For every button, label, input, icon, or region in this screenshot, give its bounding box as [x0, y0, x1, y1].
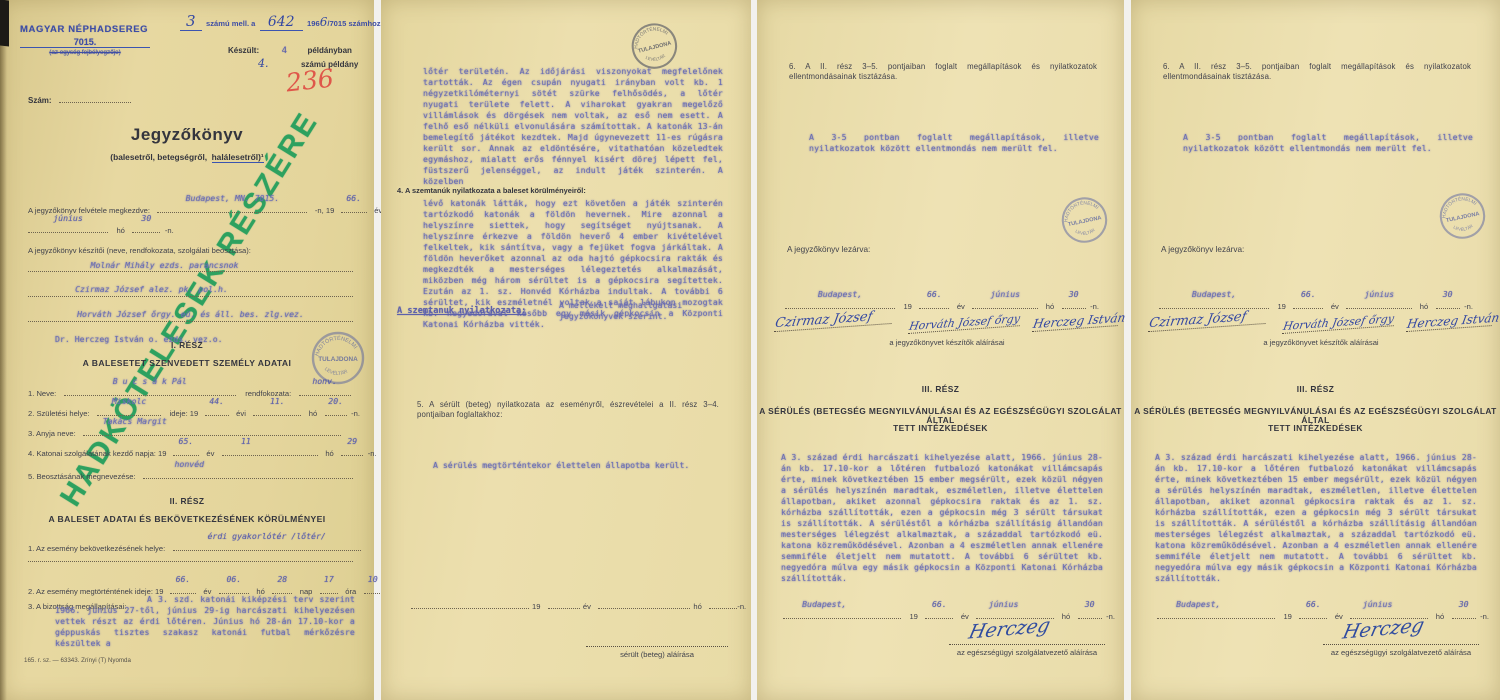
opened-row-2: június hó 30 -n. [28, 220, 174, 238]
p1r3-mother-typed: Takács Margit [103, 416, 167, 427]
close-city-typed: Budapest, [818, 289, 862, 300]
close-19: 19 [903, 302, 911, 311]
medical-date-row: Budapest, 19 66. év június hó 30 -n. [783, 606, 1115, 624]
archive-stamp: HADTÖRTÉNELMI TULAJDONA LEVÉLTÁR [1432, 185, 1495, 252]
close-19: 19 [1277, 302, 1285, 311]
close-n: -n. [1090, 302, 1099, 311]
closed-label: A jegyzőkönyv lezárva: [1161, 245, 1244, 254]
p2r2-year-typed: 66. [176, 574, 191, 585]
p1r4-n: -n. [368, 449, 377, 458]
makers-signature-caption: a jegyzőkönyvet készítők aláírásai [1231, 338, 1411, 347]
p2r1-place-typed: érdi gyakorlótér /lőtér/ [208, 531, 326, 542]
part3-body-typed: A 3. század érdi harcászati kihelyezése … [1155, 452, 1477, 584]
date-ev: év [583, 602, 591, 611]
close-year-typed: 66. [927, 289, 942, 300]
opened-day-typed: 30 [141, 213, 151, 224]
date2-19: 19 [909, 612, 917, 621]
makers-signature-caption: a jegyzőkönyvet készítők aláírásai [857, 338, 1037, 347]
szam-row: Szám: [28, 90, 131, 108]
close-ho: hó [1420, 302, 1428, 311]
date2-n: -n. [1106, 612, 1115, 621]
victim-signature-caption: sérült (beteg) aláírása [586, 650, 728, 659]
close-day-typed: 30 [1069, 289, 1079, 300]
print-shop-footer: 165. r. sz. — 63343. Zrínyi (T) Nyomda [24, 656, 131, 665]
witness-statement-row: A szemtanuk nyilatkozata: [397, 300, 526, 318]
unit-name: MAGYAR NÉPHADSEREG [20, 24, 150, 35]
date-ho: hó [693, 602, 701, 611]
scanned-document-sheet: MAGYAR NÉPHADSEREG 7015. (az egység fejb… [0, 0, 1500, 700]
p1r4-month-typed: 11 [241, 436, 251, 447]
p1r1-name-typed: B u c s á k Pál [113, 376, 187, 387]
part2-heading: A BALESET ADATAI ÉS BEKÖVETKEZÉSÉNEK KÖR… [0, 515, 374, 524]
part1-row-5: 5. Beosztásának megnevezése: honvéd [28, 466, 353, 484]
annex-num2-handwritten: 642 [260, 14, 303, 31]
date2-month-typed: június [989, 599, 1019, 610]
medical-date-row: Budapest, 19 66. év június hó 30 -n. [1157, 606, 1489, 624]
copies-label: Készült: [228, 46, 259, 55]
p1r4-ev: év [206, 449, 214, 458]
date2-city-typed: Budapest, [802, 599, 846, 610]
maker-signature-2: Horváth József őrgy [908, 312, 1022, 334]
item6-label: 6. A II. rész 3–5. pontjaiban foglalt me… [1163, 62, 1471, 82]
p1r2-ho: hó [309, 409, 317, 418]
close-ev: év [957, 302, 965, 311]
date2-n: -n. [1480, 612, 1489, 621]
close-day-typed: 30 [1443, 289, 1453, 300]
p1r2-day-typed: 20. [328, 396, 343, 407]
date2-city-typed: Budapest, [1176, 599, 1220, 610]
scan-corner-mark [0, 0, 9, 46]
signature-line [949, 644, 1105, 645]
archive-stamp: HADTÖRTÉNELMI TULAJDONA LEVÉLTÁR [308, 328, 368, 393]
date2-ev: év [1335, 612, 1343, 621]
page-2-typed-continuation: HADTÖRTÉNELMI TULAJDONA LEVÉLTÁR lőtér t… [381, 0, 751, 700]
svg-text:LEVÉLTÁR: LEVÉLTÁR [1452, 221, 1475, 234]
p1r5-label: 5. Beosztásának megnevezése: [28, 472, 136, 481]
archive-stamp: HADTÖRTÉNELMI TULAJDONA LEVÉLTÁR [1054, 189, 1117, 256]
p1r4-year-typed: 65. [179, 436, 194, 447]
unit-number: 7015. [20, 37, 150, 48]
close-year-typed: 66. [1301, 289, 1316, 300]
maker-3-typed: Horváth József őrgy. eü. és áll. bes. zl… [77, 309, 304, 320]
statement6-typed: A 3-5 pontban foglalt megállapítások, il… [809, 132, 1099, 154]
p1r3-label: 3. Anyja neve: [28, 429, 76, 438]
witness-text-typed: A mellékelt meghallgatási jegyzőkönyvek … [559, 300, 729, 322]
close-city-typed: Budapest, [1192, 289, 1236, 300]
page-edge-shadow [0, 0, 7, 700]
p1r2-label: 2. Születési helye: [28, 409, 90, 418]
item6-label: 6. A II. rész 3–5. pontjaiban foglalt me… [789, 62, 1097, 82]
document-title: Jegyzőkönyv (balesetről, betegségről, ha… [0, 130, 374, 165]
p2r2-min-typed: 10 [368, 574, 378, 585]
szam-blank [59, 93, 131, 103]
stamp-middle-text: TULAJDONA [1446, 211, 1481, 224]
part1-row-1: 1. Neve: B u c s á k Pál rendfokozata: h… [28, 383, 351, 401]
signature-line [586, 646, 728, 647]
closed-label: A jegyzőkönyv lezárva: [787, 245, 870, 254]
annex-label2: 196 [307, 19, 320, 28]
makers-label: A jegyzőkönyv készítői (neve, rendfokoza… [28, 246, 251, 255]
opened-month-typed: június [53, 213, 83, 224]
close-ev: év [1331, 302, 1339, 311]
p1r5-duty-typed: honvéd [175, 459, 205, 470]
blank-date-line: 19 év hó -n. [411, 596, 746, 614]
subtitle-pre: (balesetről, betegségről, [110, 152, 207, 162]
part3-body-typed: A 3. század érdi harcászati kihelyezése … [781, 452, 1103, 584]
victim-statement-typed: A sérülés megtörténtekor élettelen állap… [433, 460, 733, 471]
maker-2-typed: Czirmaz József alez. pk. pol.h. [75, 284, 228, 295]
part3-title: III. RÉSZ [1131, 385, 1500, 394]
item4-label: 4. A szemtanúk nyilatkozata a baleset kö… [397, 186, 586, 195]
stamp-middle-text: TULAJDONA [318, 356, 358, 363]
maker-signature-2: Horváth József őrgy [1282, 312, 1396, 334]
subtitle-underlined: halálesetről)¹ [212, 152, 264, 163]
annex-num-handwritten: 3 [180, 12, 202, 31]
signature-line [1323, 644, 1479, 645]
annex-label1: számú mell. a [206, 19, 255, 28]
stamp-arc-bottom-text: LEVÉLTÁR [1452, 221, 1475, 234]
statement6-typed: A 3-5 pontban foglalt megállapítások, il… [1183, 132, 1473, 154]
part3-title: III. RÉSZ [757, 385, 1124, 394]
p1r2-evi: évi [236, 409, 246, 418]
p2r3-findings-typed: A 3. szd. katonái kiképzési terv szerint… [55, 594, 355, 649]
date2-ho: hó [1062, 612, 1070, 621]
page-1-form: MAGYAR NÉPHADSEREG 7015. (az egység fejb… [0, 0, 374, 700]
part2-title: II. RÉSZ [0, 497, 374, 506]
page-4-closing-copy: 6. A II. rész 3–5. pontjaiban foglalt me… [1131, 0, 1500, 700]
page-3-closing: 6. A II. rész 3–5. pontjaiban foglalt me… [757, 0, 1124, 700]
opened-n: -n. [165, 226, 174, 235]
part2-row-1-continuation [28, 552, 353, 562]
narrative-paragraph-1: lőtér területén. Az időjárási viszonyoka… [423, 66, 723, 187]
p1r1-label: 1. Neve: [28, 389, 56, 398]
date2-year-typed: 66. [1306, 599, 1321, 610]
close-n: -n. [1464, 302, 1473, 311]
svg-text:LEVÉLTÁR: LEVÉLTÁR [323, 366, 349, 377]
date2-day-typed: 30 [1459, 599, 1469, 610]
part3-heading-2: TETT INTÉZKEDÉSEK [1131, 424, 1500, 433]
close-month-typed: június [991, 289, 1021, 300]
p1r2-year-typed: 44. [209, 396, 224, 407]
p1r2-n: -n. [351, 409, 360, 418]
p1r2-month-typed: 11. [270, 396, 285, 407]
date2-ho: hó [1436, 612, 1444, 621]
copy-no-handwritten: 4. [258, 57, 269, 70]
maker-signature-3: Herczeg István [1406, 311, 1494, 332]
p1r2-place-typed: Miskolc [112, 396, 147, 407]
p1r4-label: 4. Katonai szolgálatának kezdő napja: 19 [28, 449, 166, 458]
p1r4-ho: hó [325, 449, 333, 458]
p2r2-month-typed: 06. [227, 574, 242, 585]
annex-number-line: 3 számú mell. a 642 1966/7015 számhoz. [180, 12, 383, 31]
p1r2-mid: ideje: 19 [170, 409, 199, 418]
date2-ev: év [961, 612, 969, 621]
opened-suffix: -n, 19 [315, 206, 334, 215]
opened-place-typed: Budapest, MN. 7015. [186, 193, 280, 204]
svg-text:LEVÉLTÁR: LEVÉLTÁR [1074, 225, 1097, 238]
stamp-arc-bottom-text: LEVÉLTÁR [323, 366, 349, 377]
opened-year-typed: 66. [346, 193, 361, 204]
close-ho: hó [1046, 302, 1054, 311]
opened-ho: hó [116, 226, 124, 235]
unit-stamp-caption: (az egység fejbélyegzője) [20, 49, 150, 56]
p1r4-day-typed: 29 [347, 436, 357, 447]
maker-signature-3: Herczeg István [1032, 311, 1120, 332]
unit-header-stamp: MAGYAR NÉPHADSEREG 7015. (az egység fejb… [20, 24, 150, 56]
date-n: -n. [737, 602, 746, 611]
date-19: 19 [532, 602, 540, 611]
item5-label: 5. A sérült (beteg) nyilatkozata az esem… [417, 400, 719, 420]
annex-label3: /7015 számhoz. [327, 19, 382, 28]
date2-year-typed: 66. [932, 599, 947, 610]
medical-signature-caption: az egészségügyi szolgálatvezető aláírása [1313, 648, 1489, 657]
stamp-middle-text: TULAJDONA [638, 41, 673, 55]
date2-19: 19 [1283, 612, 1291, 621]
witness-heading-typed: A szemtanuk nyilatkozata: [397, 306, 526, 316]
makers-list: Molnár Mihály ezds. parancsnok Czirmaz J… [28, 258, 353, 345]
date2-month-typed: június [1363, 599, 1393, 610]
part3-heading-2: TETT INTÉZKEDÉSEK [757, 424, 1124, 433]
date2-day-typed: 30 [1085, 599, 1095, 610]
maker-1-typed: Molnár Mihály ezds. parancsnok [91, 260, 239, 271]
close-month-typed: június [1365, 289, 1395, 300]
stamp-arc-bottom-text: LEVÉLTÁR [1074, 225, 1097, 238]
part1-row-2: 2. Születési helye: Miskolc ideje: 19 44… [28, 403, 360, 421]
stamp-middle-text: TULAJDONA [1068, 215, 1103, 228]
opened-label: A jegyzőkönyv felvétele megkezdve: [28, 206, 150, 215]
szam-label: Szám: [28, 96, 52, 105]
p2r2-day-typed: 28 [277, 574, 287, 585]
p2r2-hour-typed: 17 [324, 574, 334, 585]
medical-signature-caption: az egészségügyi szolgálatvezető aláírása [939, 648, 1115, 657]
red-archive-number: 236 [285, 64, 335, 98]
